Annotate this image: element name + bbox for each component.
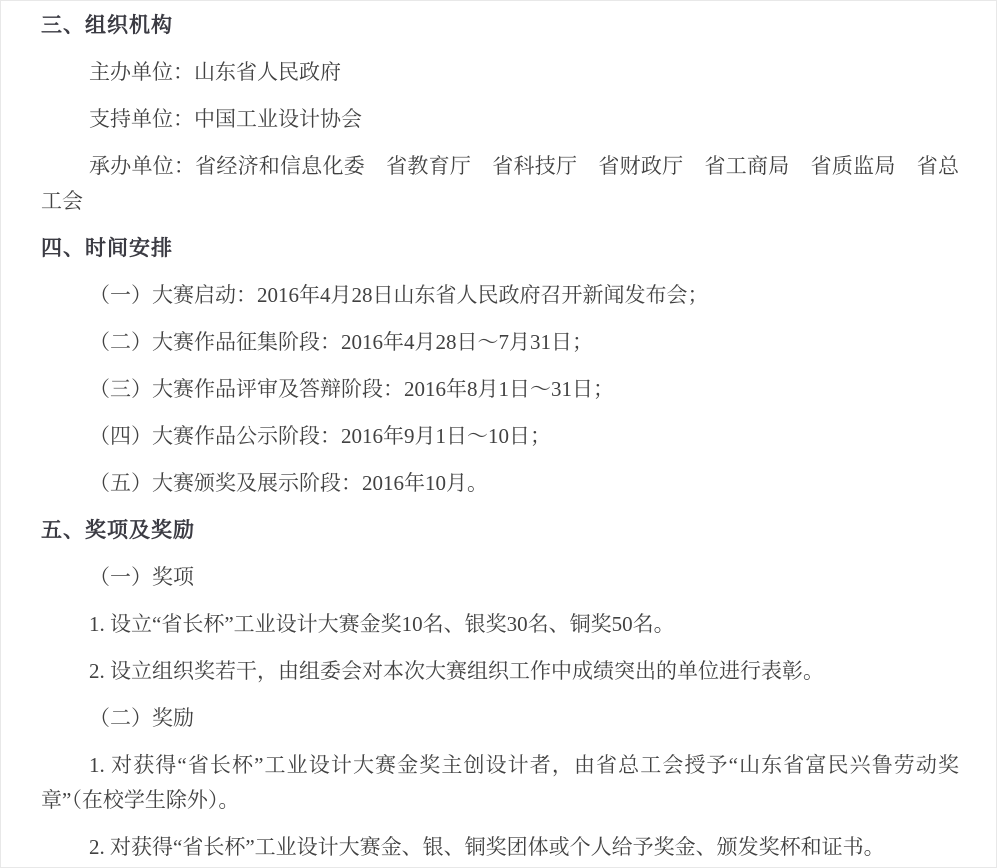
- paragraph: （五）大赛颁奖及展示阶段：2016年10月。: [41, 466, 959, 501]
- paragraph: 主办单位：山东省人民政府: [41, 55, 959, 90]
- paragraph: （一）奖项: [41, 560, 959, 595]
- paragraph: （四）大赛作品公示阶段：2016年9月1日～10日；: [41, 419, 959, 454]
- paragraph: （三）大赛作品评审及答辩阶段：2016年8月1日～31日；: [41, 372, 959, 407]
- paragraph: 1. 对获得“省长杯”工业设计大赛金奖主创设计者，由省总工会授予“山东省富民兴鲁…: [41, 748, 959, 818]
- document-section: 四、时间安排（一）大赛启动：2016年4月28日山东省人民政府召开新闻发布会；（…: [41, 231, 959, 501]
- paragraph: （二）奖励: [41, 701, 959, 736]
- paragraph: （二）大赛作品征集阶段：2016年4月28日～7月31日；: [41, 325, 959, 360]
- paragraph: （一）大赛启动：2016年4月28日山东省人民政府召开新闻发布会；: [41, 278, 959, 313]
- paragraph: 2. 设立组织奖若干，由组委会对本次大赛组织工作中成绩突出的单位进行表彰。: [41, 654, 959, 689]
- paragraph: 支持单位：中国工业设计协会: [41, 102, 959, 137]
- document-section: 五、奖项及奖励（一）奖项1. 设立“省长杯”工业设计大赛金奖10名、银奖30名、…: [41, 513, 959, 865]
- document-page: 三、组织机构主办单位：山东省人民政府支持单位：中国工业设计协会承办单位：省经济和…: [1, 1, 996, 867]
- section-heading: 五、奖项及奖励: [41, 513, 959, 548]
- section-heading: 四、时间安排: [41, 231, 959, 266]
- paragraph: 承办单位：省经济和信息化委 省教育厅 省科技厅 省财政厅 省工商局 省质监局 省…: [41, 149, 959, 219]
- section-heading: 三、组织机构: [41, 8, 959, 43]
- document-section: 三、组织机构主办单位：山东省人民政府支持单位：中国工业设计协会承办单位：省经济和…: [41, 8, 959, 219]
- paragraph: 2. 对获得“省长杯”工业设计大赛金、银、铜奖团体或个人给予奖金、颁发奖杯和证书…: [41, 830, 959, 865]
- paragraph: 1. 设立“省长杯”工业设计大赛金奖10名、银奖30名、铜奖50名。: [41, 607, 959, 642]
